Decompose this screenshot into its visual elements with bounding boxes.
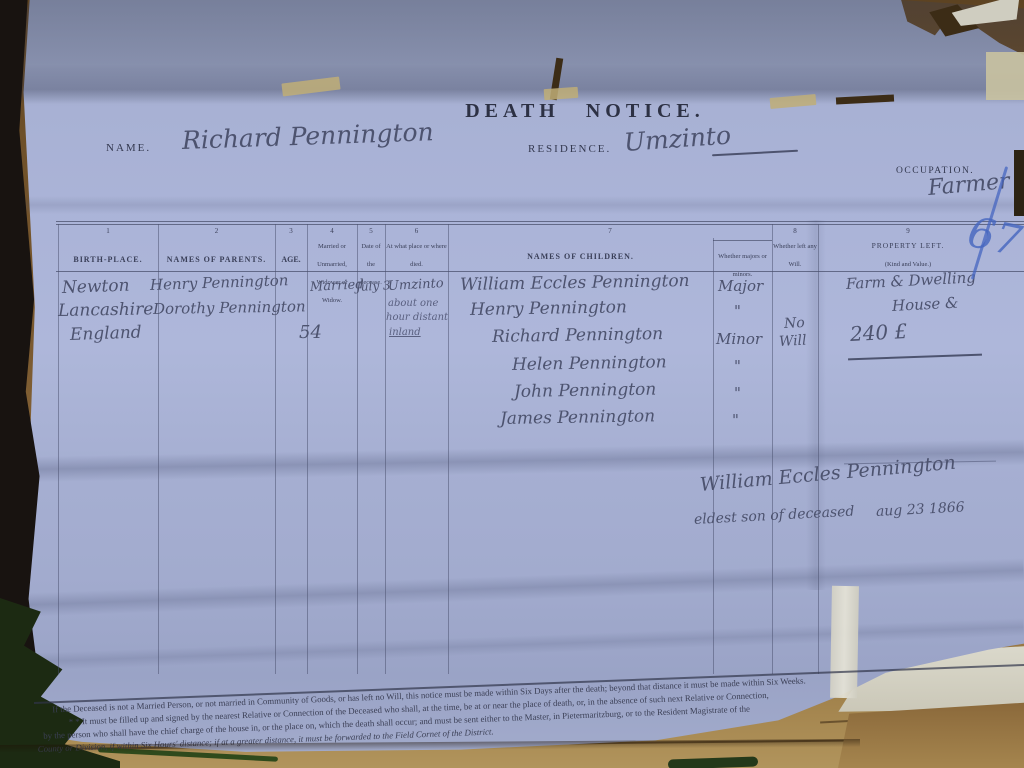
column-number: 2 <box>158 227 275 235</box>
table-rule <box>56 221 1024 222</box>
child-row: Helen Pennington <box>512 352 667 375</box>
column-label: Whether left any Will. <box>773 243 817 268</box>
entry-where-died-line1: Umzinto <box>388 276 444 294</box>
entry-date-of-decease: July 3 <box>356 278 391 294</box>
column-header-married: 4 Married or Unmarried, Widower or Widow… <box>308 227 356 307</box>
table-rule <box>56 271 1024 272</box>
child-status: " <box>734 302 741 320</box>
vertical-crease <box>806 220 826 590</box>
column-label: NAMES OF PARENTS. <box>167 255 266 264</box>
name-label: NAME. <box>106 142 151 154</box>
entry-where-died-line3: hour distant <box>386 312 448 323</box>
tape-fragment <box>544 87 579 100</box>
column-number: 8 <box>772 227 818 235</box>
entry-will-line2: Will <box>779 333 807 350</box>
column-line <box>713 238 714 674</box>
column-header-birthplace: 1 BIRTH-PLACE. <box>58 227 158 253</box>
form-title: DEATH NOTICE. <box>420 100 750 123</box>
column-line <box>818 224 819 674</box>
entry-birthplace-line1: Newton <box>62 276 130 298</box>
column-header-where-died: 6 At what place or where died. <box>386 227 447 271</box>
entry-will-line1: No <box>784 315 805 332</box>
column-number: 5 <box>358 227 384 235</box>
tape-right-edge <box>986 52 1024 100</box>
column-header-will: 8 Whether left any Will. <box>772 227 818 271</box>
child-row: Henry Pennington <box>470 297 627 320</box>
column-line <box>58 224 59 674</box>
column-subheader-majors-minors: Whether majors or minors. <box>713 240 772 281</box>
child-row: Richard Pennington <box>492 324 663 347</box>
column-line <box>275 224 276 674</box>
column-label: At what place or where died. <box>386 243 447 268</box>
column-label: NAMES OF CHILDREN. <box>527 252 634 261</box>
column-label: BIRTH-PLACE. <box>73 255 142 264</box>
plant-leaf <box>668 756 758 768</box>
right-edge-gap <box>1014 150 1024 216</box>
child-status: " <box>734 384 741 402</box>
child-status: Minor <box>716 330 762 348</box>
table-rule <box>56 224 1024 225</box>
column-sublabel: (Kind and Value.) <box>885 261 931 268</box>
column-number: 4 <box>308 227 356 235</box>
entry-where-died-line2: about one <box>388 298 438 309</box>
child-row: William Eccles Pennington <box>460 271 690 295</box>
entry-age: 54 <box>299 322 322 343</box>
column-number: 1 <box>58 227 158 235</box>
column-number: 3 <box>275 227 307 235</box>
column-sublabel: Whether majors or minors. <box>718 253 767 278</box>
column-number: 6 <box>386 227 447 235</box>
column-header-age: 3 AGE. <box>275 227 307 253</box>
photograph-of-death-notice: DEATH NOTICE. NAME. Richard Pennington R… <box>0 0 1024 768</box>
child-status: Major <box>718 277 763 295</box>
column-header-parents: 2 NAMES OF PARENTS. <box>158 227 275 253</box>
column-label: PROPERTY LEFT. <box>872 241 945 250</box>
entry-where-died-line4: inland <box>389 327 421 338</box>
child-row: John Pennington <box>514 380 657 402</box>
child-status: " <box>734 357 741 375</box>
column-line <box>772 224 773 674</box>
entry-parent-mother: Dorothy Pennington <box>153 297 306 318</box>
child-status: " <box>732 411 739 429</box>
torn-paper-bit <box>951 0 1024 29</box>
column-number: 7 <box>448 227 772 235</box>
column-header-children-label: NAMES OF CHILDREN. <box>448 246 713 264</box>
column-label: AGE. <box>281 255 300 264</box>
entry-birthplace-line3: England <box>70 323 142 345</box>
entry-property-line2: House & <box>892 294 959 315</box>
entry-property-value: 240 £ <box>849 319 907 346</box>
residence-label: RESIDENCE. <box>528 143 611 155</box>
column-label: Married or Unmarried, Widower or Widow. <box>317 243 348 304</box>
column-header-children: 7 <box>448 227 772 235</box>
child-row: James Pennington <box>500 406 656 429</box>
entry-birthplace-line2: Lancashire <box>58 299 154 321</box>
column-line <box>448 224 449 674</box>
